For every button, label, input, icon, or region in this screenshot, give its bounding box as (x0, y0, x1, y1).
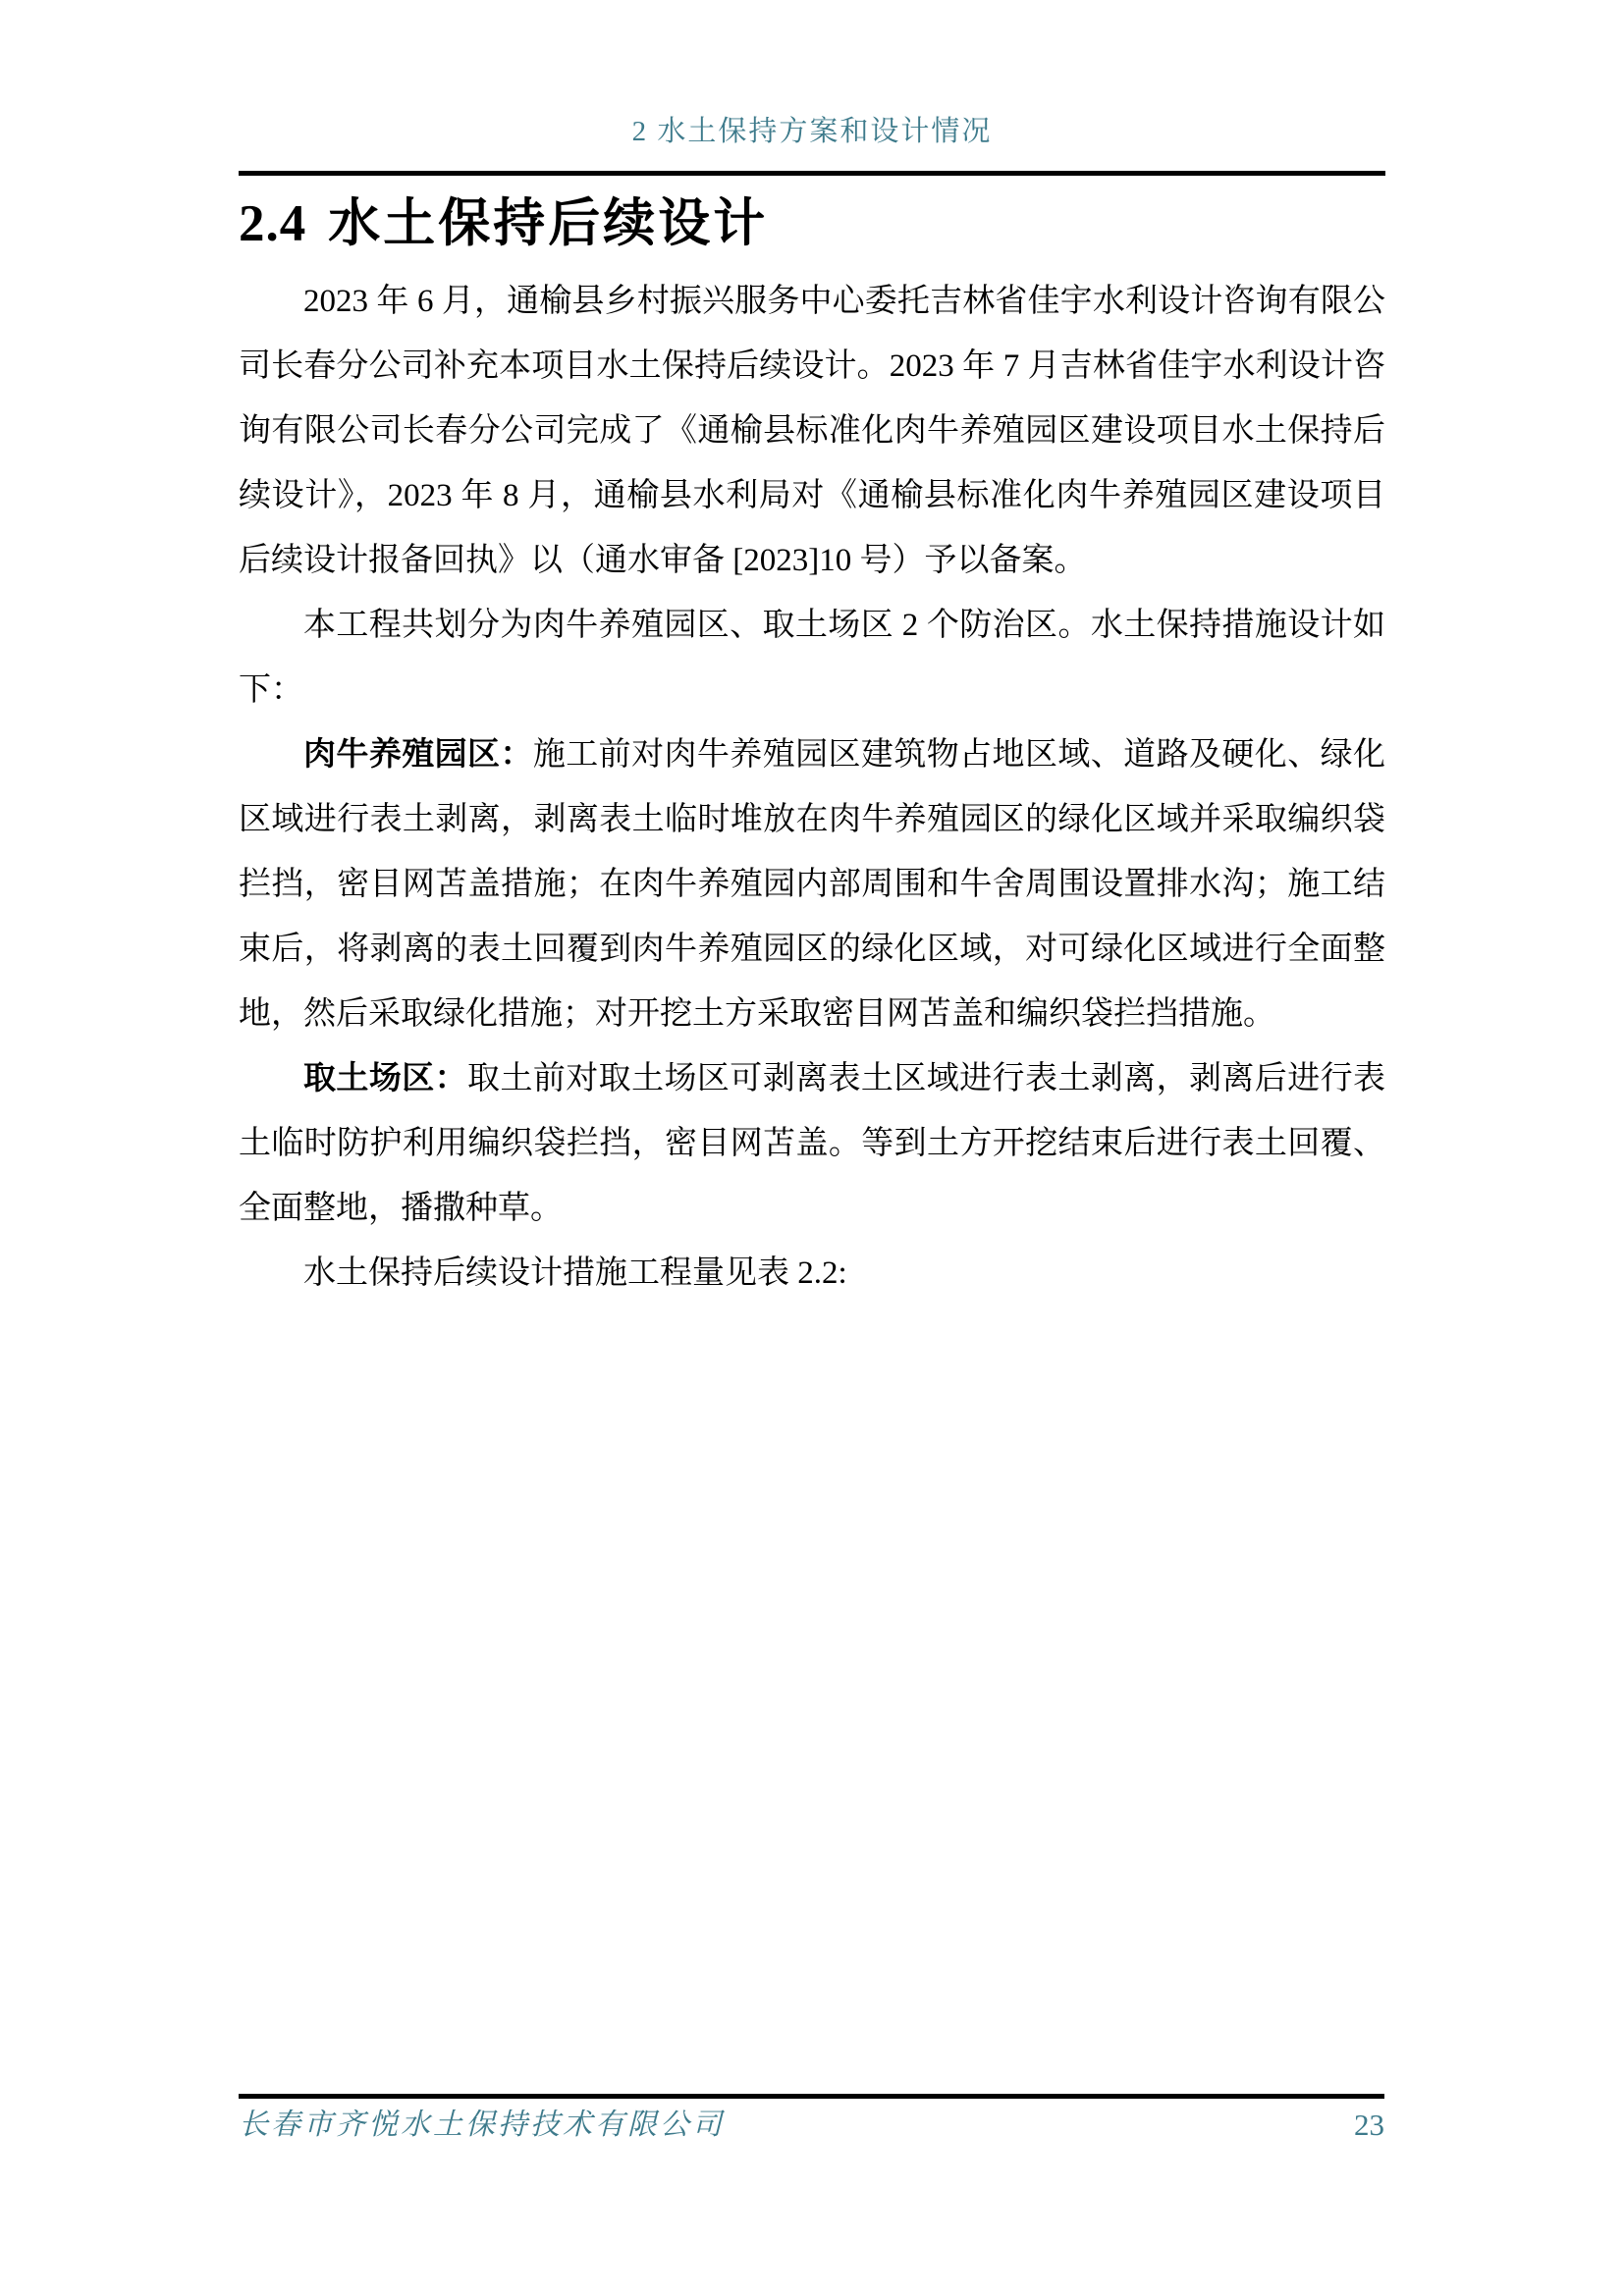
header-rule (239, 171, 1385, 176)
paragraph-5-text: 水土保持后续设计措施工程量见表 2.2: (303, 1255, 847, 1291)
paragraph-1: 2023 年 6 月，通榆县乡村振兴服务中心委托吉林省佳宇水利设计咨询有限公司长… (239, 269, 1385, 593)
paragraph-3-text: 施工前对肉牛养殖园区建筑物占地区域、道路及硬化、绿化区域进行表土剥离，剥离表土临… (239, 737, 1385, 1032)
section-heading: 2.4水土保持后续设计 (239, 192, 768, 255)
section-title: 水土保持后续设计 (328, 195, 768, 252)
paragraph-4: 取土场区：取土前对取土场区可剥离表土区域进行表土剥离，剥离后进行表土临时防护利用… (239, 1046, 1385, 1241)
paragraph-4-lead: 取土场区： (303, 1061, 467, 1096)
footer-rule (239, 2094, 1384, 2099)
footer: 长春市齐悦水土保持技术有限公司 23 (239, 2107, 1384, 2144)
section-number: 2.4 (239, 192, 306, 255)
paragraph-2: 本工程共划分为肉牛养殖园区、取土场区 2 个防治区。水土保持措施设计如下： (239, 593, 1385, 722)
paragraph-1-text: 2023 年 6 月，通榆县乡村振兴服务中心委托吉林省佳宇水利设计咨询有限公司长… (239, 284, 1385, 578)
paragraph-5: 水土保持后续设计措施工程量见表 2.2: (239, 1241, 1385, 1306)
paragraph-3: 肉牛养殖园区：施工前对肉牛养殖园区建筑物占地区域、道路及硬化、绿化区域进行表土剥… (239, 722, 1385, 1046)
paragraph-3-lead: 肉牛养殖园区： (303, 737, 533, 773)
paragraph-2-text: 本工程共划分为肉牛养殖园区、取土场区 2 个防治区。水土保持措施设计如下： (239, 608, 1385, 708)
footer-company-name: 长春市齐悦水土保持技术有限公司 (239, 2107, 725, 2144)
page-number: 23 (1354, 2107, 1384, 2144)
document-page: 2 水土保持方案和设计情况 2.4水土保持后续设计 2023 年 6 月，通榆县… (0, 0, 1624, 2296)
body-text-block: 2023 年 6 月，通榆县乡村振兴服务中心委托吉林省佳宇水利设计咨询有限公司长… (239, 269, 1385, 1306)
running-header: 2 水土保持方案和设计情况 (239, 114, 1385, 149)
